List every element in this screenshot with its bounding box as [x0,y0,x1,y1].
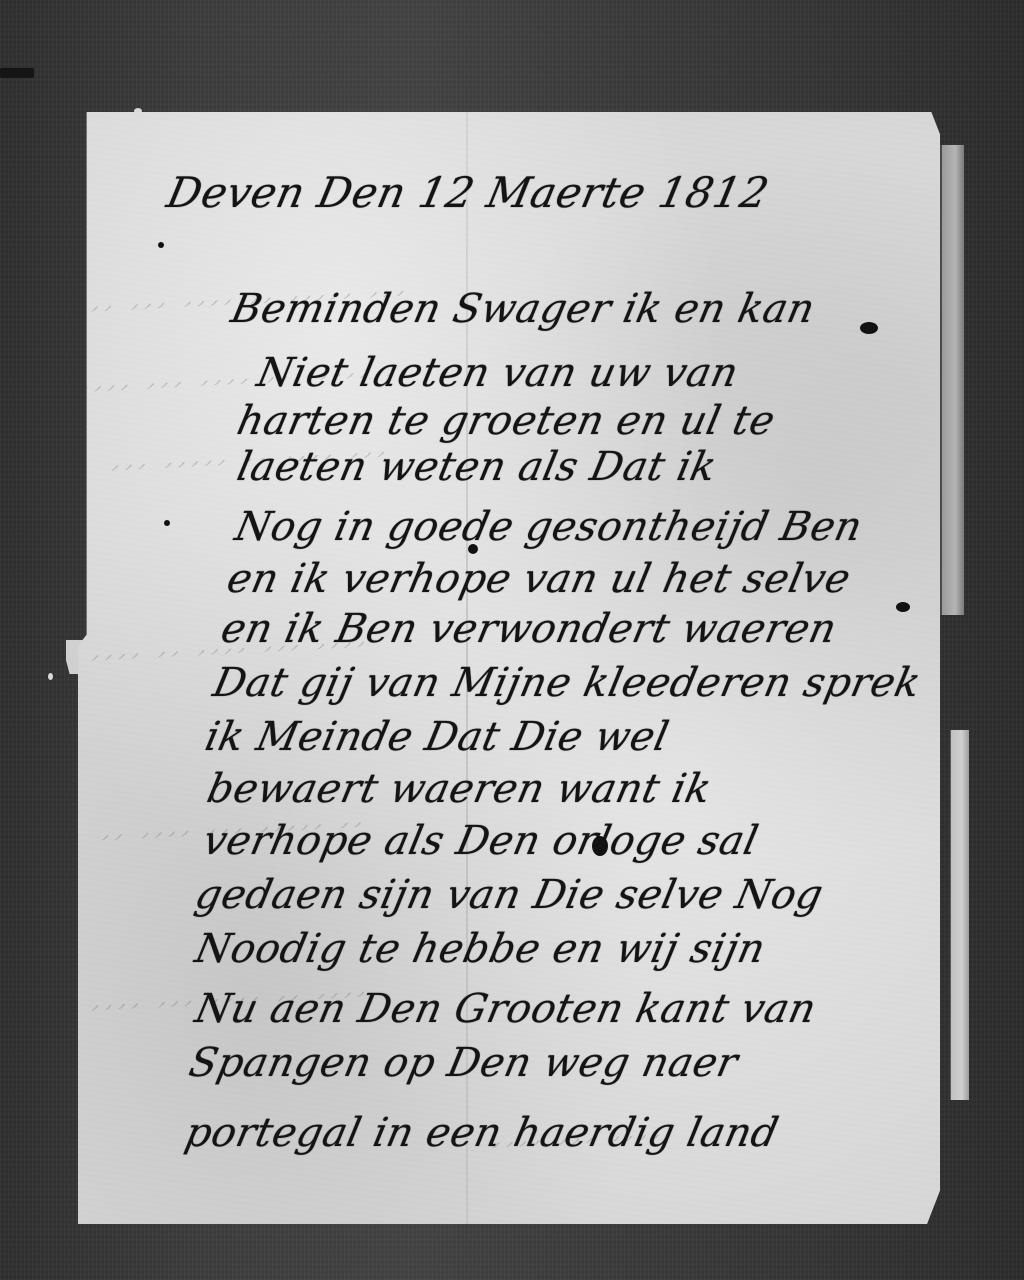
letter-text: Deven Den 12 Maerte 1812 Beminden Swager… [0,0,1024,1280]
ink-blot [158,242,164,248]
letter-line: Dat gij van Mijne kleederen sprek [209,660,925,706]
letter-line: portegal in een haerdig land [181,1110,783,1156]
letter-line: Nog in goede gesontheijd Ben [231,504,866,550]
letter-line: harten te groeten en ul te [233,398,779,444]
letter-line: en ik verhope van ul het selve [223,556,855,602]
letter-line: Noodig te hebbe en wij sijn [191,926,769,972]
letter-line: Spangen op Den weg naer [185,1040,742,1086]
letter-line: en ik Ben verwondert waeren [217,606,841,652]
ink-blot [896,602,910,612]
letter-line: gedaen sijn van Die selve Nog [191,872,827,918]
letter-line: Beminden Swager ik en kan [227,286,819,332]
ink-blot [592,836,608,856]
letter-line: bewaert waeren want ik [203,766,715,812]
letter-line: Niet laeten van uw van [253,350,742,396]
ink-blot [164,520,170,526]
letter-line: Nu aen Den Grooten kant van [191,986,820,1032]
letter-line: laeten weten als Dat ik [233,444,721,490]
letter-line: ik Meinde Dat Die wel [201,714,673,760]
letter-date-line: Deven Den 12 Maerte 1812 [163,168,774,217]
ink-blot [860,322,878,334]
letter-line: verhope als Den orloge sal [199,818,762,864]
ink-blot [468,544,478,554]
